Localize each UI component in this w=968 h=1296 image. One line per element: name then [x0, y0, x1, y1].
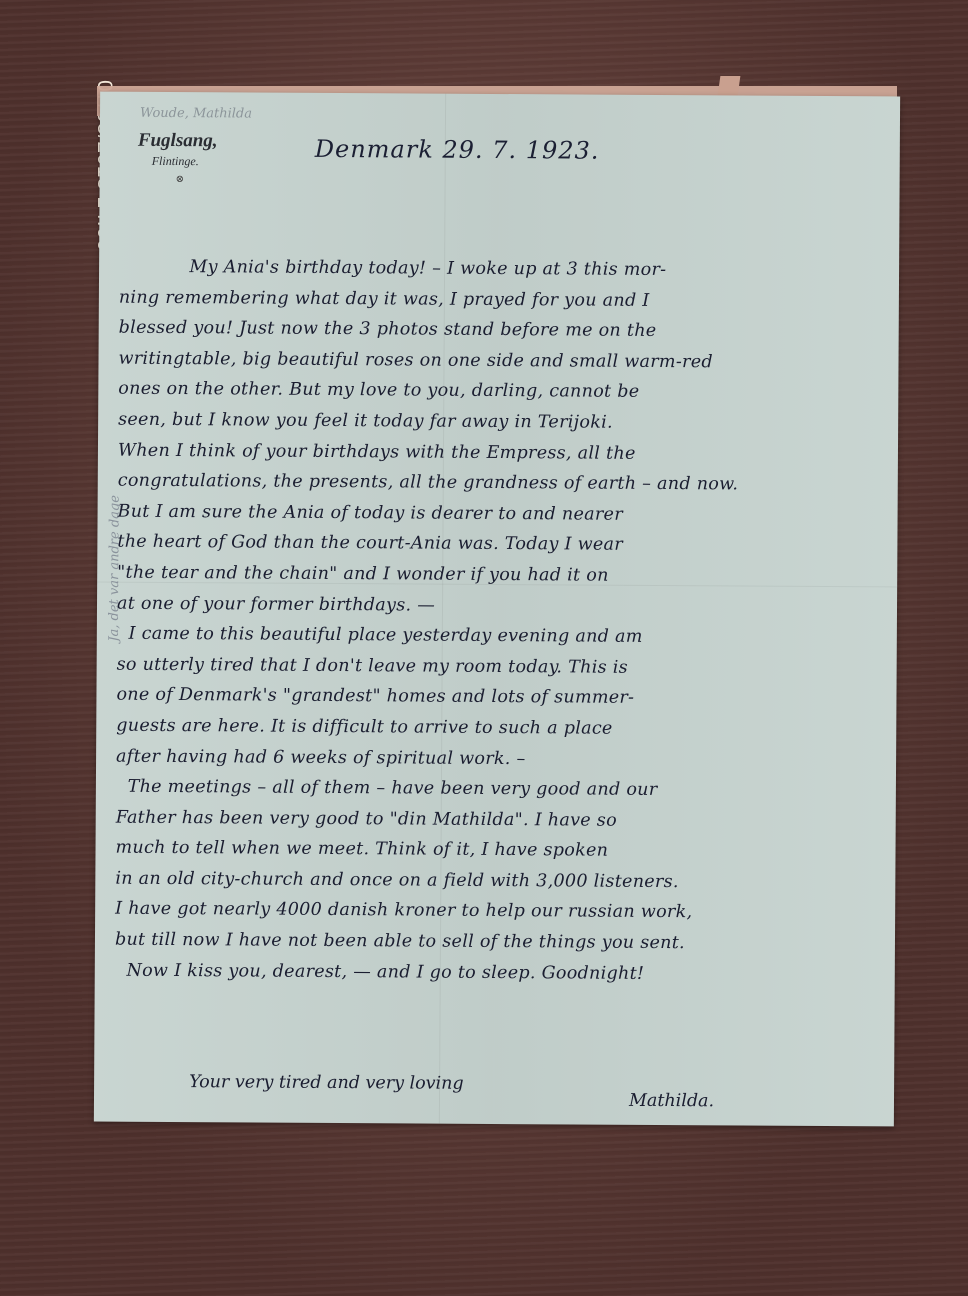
letter-closing: Your very tired and very loving [189, 1072, 464, 1094]
letter-line: Father has been very good to "din Mathil… [116, 802, 886, 837]
letter-line: seen, but I know you feel it today far a… [118, 405, 888, 440]
letter-line: the heart of God than the court-Ania was… [117, 527, 887, 562]
letterhead-mark-icon: ⊗ [176, 174, 184, 185]
letter-body: My Ania's birthday today! – I woke up at… [115, 252, 889, 991]
letter-dateline: Denmark 29. 7. 1923. [315, 135, 600, 165]
letter-line: Now I kiss you, dearest, — and I go to s… [115, 955, 885, 990]
letter-line: The meetings – all of them – have been v… [116, 772, 886, 807]
letter-line: much to tell when we meet. Think of it, … [115, 833, 885, 868]
letter-line: congratulations, the presents, all the g… [118, 466, 888, 501]
letter-line: ning remembering what day it was, I pray… [119, 282, 889, 317]
letter-line: but till now I have not been able to sel… [115, 925, 885, 960]
letter-line: "the tear and the chain" and I wonder if… [117, 558, 887, 593]
letter-line: I have got nearly 4000 danish kroner to … [115, 894, 885, 929]
letter-line: writingtable, big beautiful roses on one… [118, 343, 888, 378]
pencil-annotation: Woude, Mathilda [140, 106, 252, 122]
letter-line: But I am sure the Ania of today is deare… [117, 496, 887, 531]
letter-page: Woude, Mathilda Fuglsang, Flintinge. ⊗ D… [94, 92, 900, 1127]
letterhead-name: Fuglsang, [138, 130, 218, 152]
letter-line: at one of your former birthdays. — [117, 588, 887, 623]
letter-line: so utterly tired that I don't leave my r… [117, 649, 887, 684]
letter-line: ones on the other. But my love to you, d… [118, 374, 888, 409]
letter-line: one of Denmark's "grandest" homes and lo… [116, 680, 886, 715]
letter-line: I came to this beautiful place yesterday… [117, 619, 887, 654]
letter-signature: Mathilda. [629, 1091, 714, 1112]
letter-line: in an old city-church and once on a fiel… [115, 864, 885, 899]
letter-line: When I think of your birthdays with the … [118, 435, 888, 470]
letter-line: after having had 6 weeks of spiritual wo… [116, 741, 886, 776]
letter-line: blessed you! Just now the 3 photos stand… [119, 313, 889, 348]
letterhead-place: Flintinge. [152, 154, 199, 169]
letter-line: My Ania's birthday today! – I woke up at… [119, 252, 889, 287]
letter-line: guests are here. It is difficult to arri… [116, 711, 886, 746]
